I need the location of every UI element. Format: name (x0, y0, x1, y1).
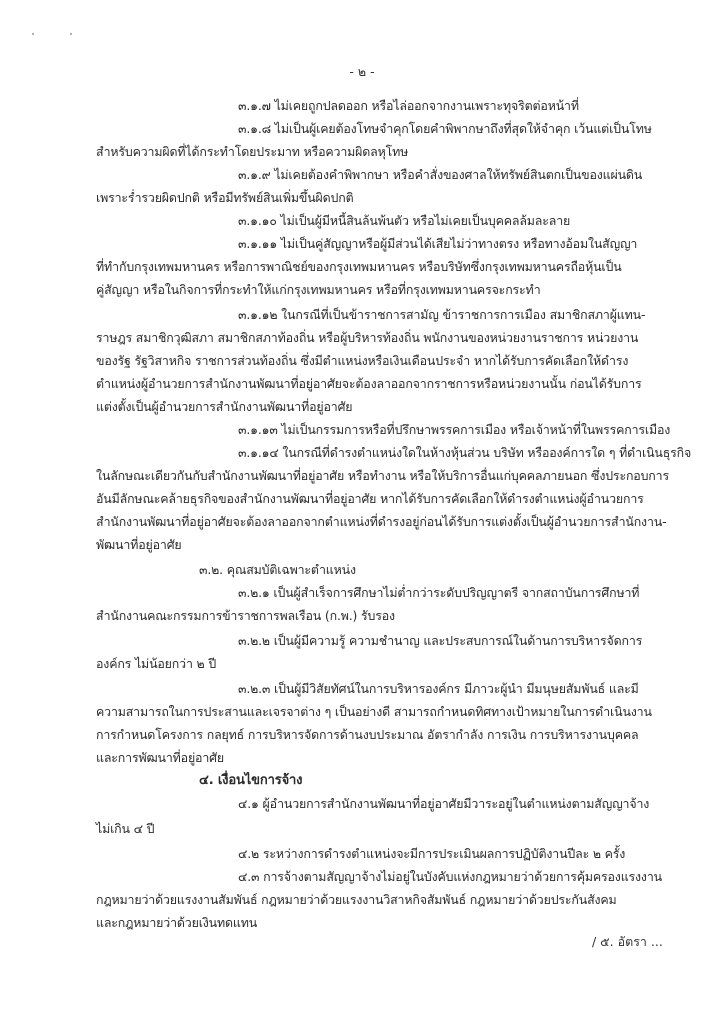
text-line: ในลักษณะเดียวกันกับสำนักงานพัฒนาที่อยู่อ… (96, 467, 669, 485)
text-line: ๓.๒.๑ เป็นผู้สำเร็จการศึกษาไม่ต่ำกว่าระด… (238, 584, 639, 602)
text-line: ไม่เกิน ๔ ปี (96, 820, 154, 838)
page-number: - ๒ - (0, 62, 724, 82)
text-line: ๓.๑.๗ ไม่เคยถูกปลดออก หรือไล่ออกจากงานเพ… (238, 97, 579, 115)
text-line: ๔.๑ ผู้อำนวยการสำนักงานพัฒนาที่อยู่อาศัย… (238, 795, 649, 813)
text-line: ๔.๓ การจ้างตามสัญญาจ้างไม่อยู่ในบังคับแห… (238, 868, 662, 886)
text-line: กฎหมายว่าด้วยแรงงานสัมพันธ์ กฎหมายว่าด้ว… (96, 891, 617, 909)
text-line: ที่ทำกับกรุงเทพมหานคร หรือการพาณิชย์ของก… (96, 258, 622, 276)
text-line: ๓.๒.๓ เป็นผู้มีวิสัยทัศน์ในการบริหารองค์… (238, 680, 639, 698)
text-line: พัฒนาที่อยู่อาศัย (96, 536, 182, 554)
text-line: องค์กร ไม่น้อยกว่า ๒ ปี (96, 655, 216, 673)
text-line: ๓.๑.๙ ไม่เคยต้องคำพิพากษา หรือคำสั่งของศ… (238, 166, 642, 184)
text-line: ๓.๑.๑๒ ในกรณีที่เป็นข้าราชการสามัญ ข้ารา… (238, 306, 645, 324)
text-line: อันมีลักษณะคล้ายธุรกิจของสำนักงานพัฒนาที… (96, 490, 644, 508)
text-line: ๓.๒. คุณสมบัติเฉพาะตำแหน่ง (199, 561, 356, 579)
text-line: เพราะร่ำรวยผิดปกติ หรือมีทรัพย์สินเพิ่มข… (96, 189, 354, 207)
text-line: ๓.๑.๑๐ ไม่เป็นผู้มีหนี้สินล้นพ้นตัว หรือ… (238, 212, 570, 230)
text-line: ตำแหน่งผู้อำนวยการสำนักงานพัฒนาที่อยู่อา… (96, 375, 642, 393)
text-line: คู่สัญญา หรือในกิจการที่กระทำให้แก่กรุงเ… (96, 281, 541, 299)
text-line: การกำหนดโครงการ กลยุทธ์ การบริหารจัดการด… (96, 726, 638, 744)
document-page: - ๒ - ๓.๑.๗ ไม่เคยถูกปลดออก หรือไล่ออกจา… (0, 0, 724, 1024)
section-heading: ๔. เงื่อนไขการจ้าง (199, 772, 302, 790)
scan-speck (32, 33, 34, 35)
continuation-footer: / ๕. อัตรา ... (592, 932, 663, 952)
text-line: ราษฎร สมาชิกวุฒิสภา สมาชิกสภาท้องถิ่น หร… (96, 329, 638, 347)
text-line: ๓.๑.๘ ไม่เป็นผู้เคยต้องโทษจำคุกโดยคำพิพา… (238, 120, 652, 138)
text-line: ๓.๑.๑๓ ไม่เป็นกรรมการหรือที่ปรึกษาพรรคกา… (238, 421, 670, 439)
text-line: ความสามารถในการประสานและเจรจาต่าง ๆ เป็น… (96, 703, 652, 721)
text-line: ๓.๑.๑๑ ไม่เป็นคู่สัญญาหรือผู้มีส่วนได้เส… (238, 235, 637, 253)
text-line: และการพัฒนาที่อยู่อาศัย (96, 749, 224, 767)
text-line: ๔.๒ ระหว่างการดำรงตำแหน่งจะมีการประเมินผ… (238, 845, 625, 863)
text-line: สำหรับความผิดที่ได้กระทำโดยประมาท หรือคว… (96, 143, 408, 161)
text-line: สำนักงานพัฒนาที่อยู่อาศัยจะต้องลาออกจากต… (96, 513, 666, 531)
text-line: ๓.๑.๑๔ ในกรณีที่ดำรงตำแหน่งใดในห้างหุ้นส… (238, 444, 691, 462)
text-line: และกฎหมายว่าด้วยเงินทดแทน (96, 914, 257, 932)
text-line: สำนักงานคณะกรรมการข้าราชการพลเรือน (ก.พ.… (96, 607, 395, 625)
text-line: ๓.๒.๒ เป็นผู้มีความรู้ ความชำนาญ และประส… (238, 632, 642, 650)
scan-speck (70, 33, 72, 35)
text-line: ของรัฐ รัฐวิสาหกิจ ราชการส่วนท้องถิ่น ซึ… (96, 352, 628, 370)
text-line: แต่งตั้งเป็นผู้อำนวยการสำนักงานพัฒนาที่อ… (96, 398, 352, 416)
